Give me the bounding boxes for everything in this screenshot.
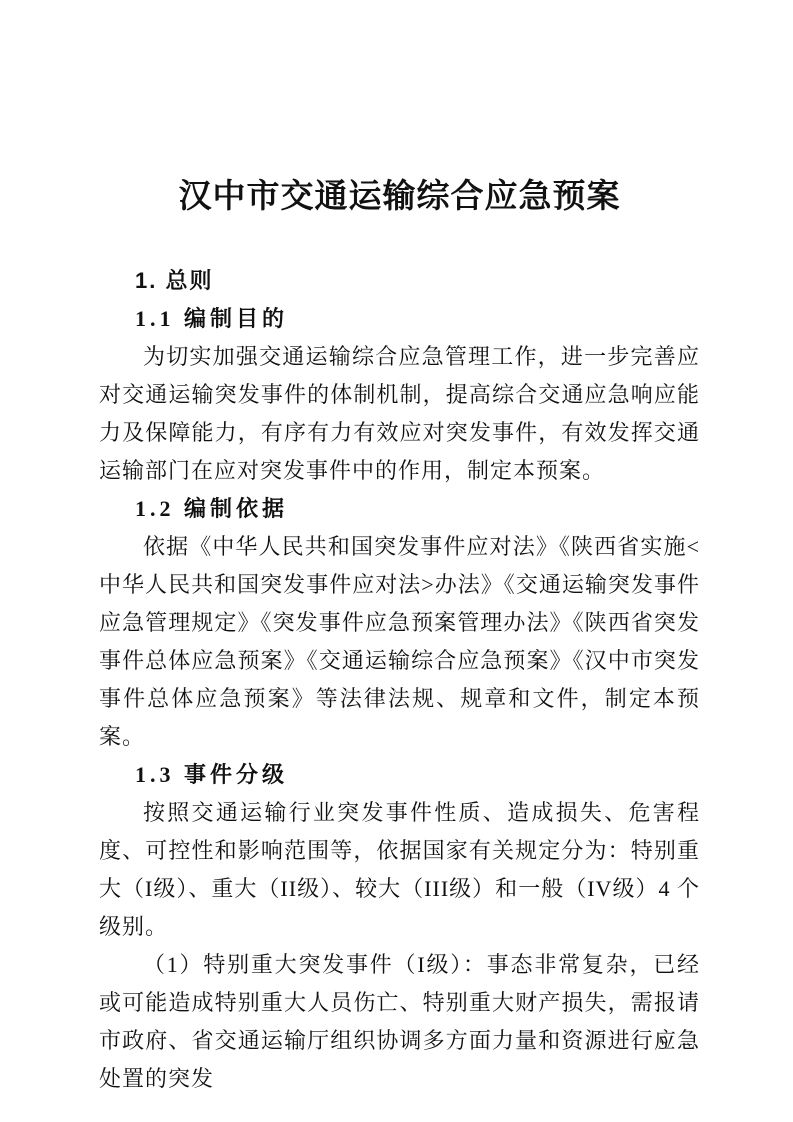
paragraph-basis: 依据《中华人民共和国突发事件应对法》《陕西省实施<中华人民共和国突发事件应对法>… xyxy=(99,528,700,756)
subsection-heading-purpose: 1.1 编制目的 xyxy=(99,300,700,338)
document-title: 汉中市交通运输综合应急预案 xyxy=(99,178,700,214)
section-heading-general-provisions: 1. 总则 xyxy=(99,262,700,300)
page-number: – 5 – xyxy=(634,1033,697,1055)
paragraph-level-1-events: （1）特别重大突发事件（I级）：事态非常复杂，已经或可能造成特别重大人员伤亡、特… xyxy=(99,946,700,1098)
document-page: 汉中市交通运输综合应急预案 1. 总则 1.1 编制目的 为切实加强交通运输综合… xyxy=(0,0,793,1122)
subsection-heading-basis: 1.2 编制依据 xyxy=(99,490,700,528)
paragraph-event-grading: 按照交通运输行业突发事件性质、造成损失、危害程度、可控性和影响范围等，依据国家有… xyxy=(99,794,700,946)
paragraph-purpose: 为切实加强交通运输综合应急管理工作，进一步完善应对交通运输突发事件的体制机制，提… xyxy=(99,338,700,490)
subsection-heading-event-grading: 1.3 事件分级 xyxy=(99,756,700,794)
document-body: 汉中市交通运输综合应急预案 1. 总则 1.1 编制目的 为切实加强交通运输综合… xyxy=(99,178,700,1098)
